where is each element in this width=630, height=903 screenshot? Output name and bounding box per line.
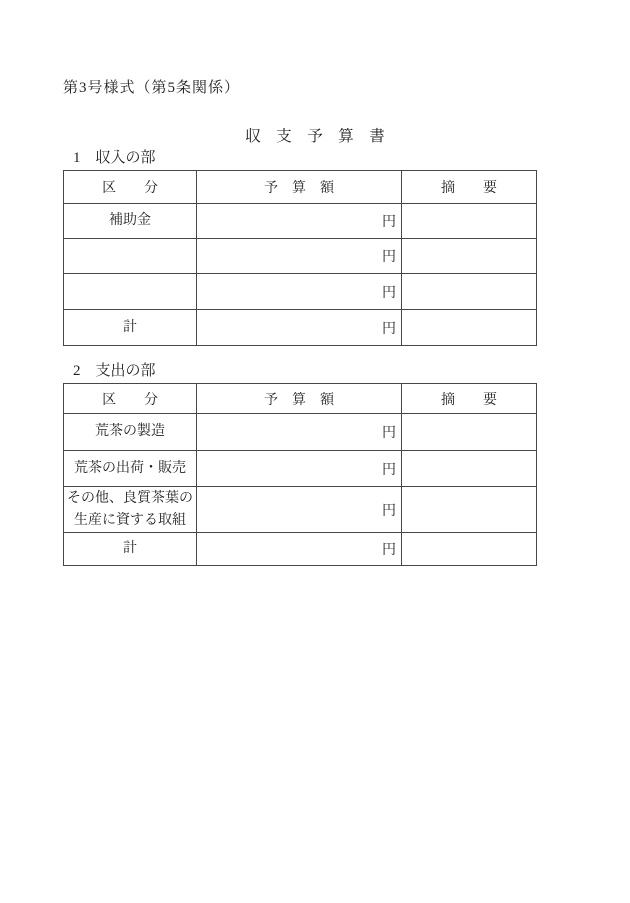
expenditure-row-category: 荒茶の出荷・販売 [64, 451, 197, 487]
income-row-category: 補助金 [64, 204, 197, 239]
document-page: 第3号様式（第5条関係） 収 支 予 算 書 1 収入の部 区 分 予 算 額 … [0, 0, 630, 903]
expenditure-row-category: 荒茶の製造 [64, 414, 197, 451]
income-total-amount: 円 [197, 310, 402, 345]
income-row-amount: 円 [197, 204, 402, 239]
expenditure-header-category: 区 分 [64, 384, 197, 414]
income-row-category [64, 274, 197, 310]
income-total-note [402, 310, 536, 345]
income-row-note [402, 274, 536, 310]
expenditure-row-amount: 円 [197, 451, 402, 487]
expenditure-row-note [402, 451, 536, 487]
expenditure-table: 区 分 予 算 額 摘 要 荒茶の製造 円 荒茶の出荷・販売 円 その他、良質茶… [63, 383, 537, 566]
income-header-category: 区 分 [64, 171, 197, 204]
form-number: 第3号様式（第5条関係） [63, 76, 240, 97]
expenditure-header-amount: 予 算 額 [197, 384, 402, 414]
income-section-heading: 1 収入の部 [73, 146, 156, 167]
income-table: 区 分 予 算 額 摘 要 補助金 円 円 円 計 円 [63, 170, 537, 346]
document-title: 収 支 予 算 書 [0, 124, 630, 146]
expenditure-total-amount: 円 [197, 533, 402, 565]
income-total-category: 計 [64, 310, 197, 345]
expenditure-total-category: 計 [64, 533, 197, 565]
expenditure-total-note [402, 533, 536, 565]
expenditure-row-amount: 円 [197, 414, 402, 451]
expenditure-section-heading: 2 支出の部 [73, 359, 156, 380]
income-row-amount: 円 [197, 274, 402, 310]
income-row-category [64, 239, 197, 274]
income-row-note [402, 239, 536, 274]
income-row-note [402, 204, 536, 239]
expenditure-row-note [402, 414, 536, 451]
income-header-note: 摘 要 [402, 171, 536, 204]
income-row-amount: 円 [197, 239, 402, 274]
expenditure-row-amount: 円 [197, 487, 402, 533]
income-header-amount: 予 算 額 [197, 171, 402, 204]
expenditure-row-category: その他、良質茶葉の 生産に資する取組 [64, 487, 197, 533]
expenditure-row-note [402, 487, 536, 533]
expenditure-header-note: 摘 要 [402, 384, 536, 414]
